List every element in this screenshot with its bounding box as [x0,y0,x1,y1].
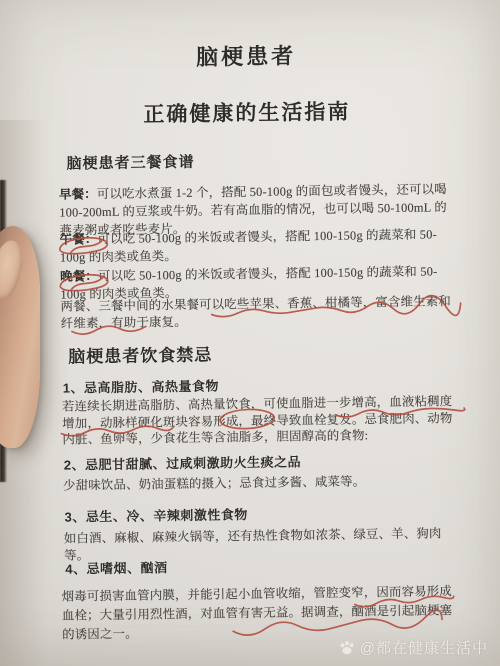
meal-label-lunch: 午餐： [60,232,98,247]
taboo-item-2-heading: 2、忌肥甘甜腻、过咸刺激助火生痰之品 [64,451,301,473]
taboo-item-1-heading: 1、忌高脂肪、高热量食物 [63,375,219,396]
taboo-item-4-heading: 4、忌嗜烟、酗酒 [65,557,167,577]
paragraph-lunch: 午餐：可以吃 50-100g 的米饭或者馒头，搭配 100-150g 的蔬菜和 … [60,225,457,267]
taboo-section-heading: 脑梗患者饮食禁忌 [68,341,212,368]
taboo-item-3-heading: 3、忌生、冷、辛辣刺激性食物 [64,504,247,526]
meal-text-lunch: 可以吃 50-100g 的米饭或者馒头，搭配 100-150g 的蔬菜和 50-… [60,227,437,264]
thumb-nail [0,238,26,302]
thumb [0,226,40,448]
paw-icon [339,640,355,656]
watermark: @都在健康生活中 [339,637,488,658]
watermark-text: @都在健康生活中 [360,637,488,658]
document-page: 脑梗患者 正确健康的生活指南 脑梗患者三餐食谱 早餐：可以吃水煮蛋 1-2 个，… [0,0,500,666]
document-subtitle: 正确健康的生活指南 [0,94,497,131]
meals-section-heading: 脑梗患者三餐食谱 [66,151,194,174]
taboo-item-2-body: 少甜味饮品、奶油蛋糕的摄入；忌食过多酱、咸菜等。 [63,472,462,494]
taboo-item-1-body: 若连续长期进高脂肪、高热量饮食，可使血脂进一步增高，血液粘稠度增加，动脉样硬化斑… [62,393,462,448]
meal-label-dinner: 晚餐： [60,269,98,284]
document-photo: 脑梗患者 正确健康的生活指南 脑梗患者三餐食谱 早餐：可以吃水煮蛋 1-2 个，… [0,0,500,666]
document-title: 脑梗患者 [0,37,496,75]
paragraph-fruit-note: 两餐、三餐中间的水果餐可以吃些苹果、香蕉、柑橘等，富含维生素和纤维素，有助于康复… [61,293,458,333]
meal-label-breakfast: 早餐： [59,187,97,202]
taboo-item-4-body: 烟毒可损害血管内膜，并能引起小血管收缩，管腔变窄，因而容易形成血栓；大量引用烈性… [62,582,462,645]
